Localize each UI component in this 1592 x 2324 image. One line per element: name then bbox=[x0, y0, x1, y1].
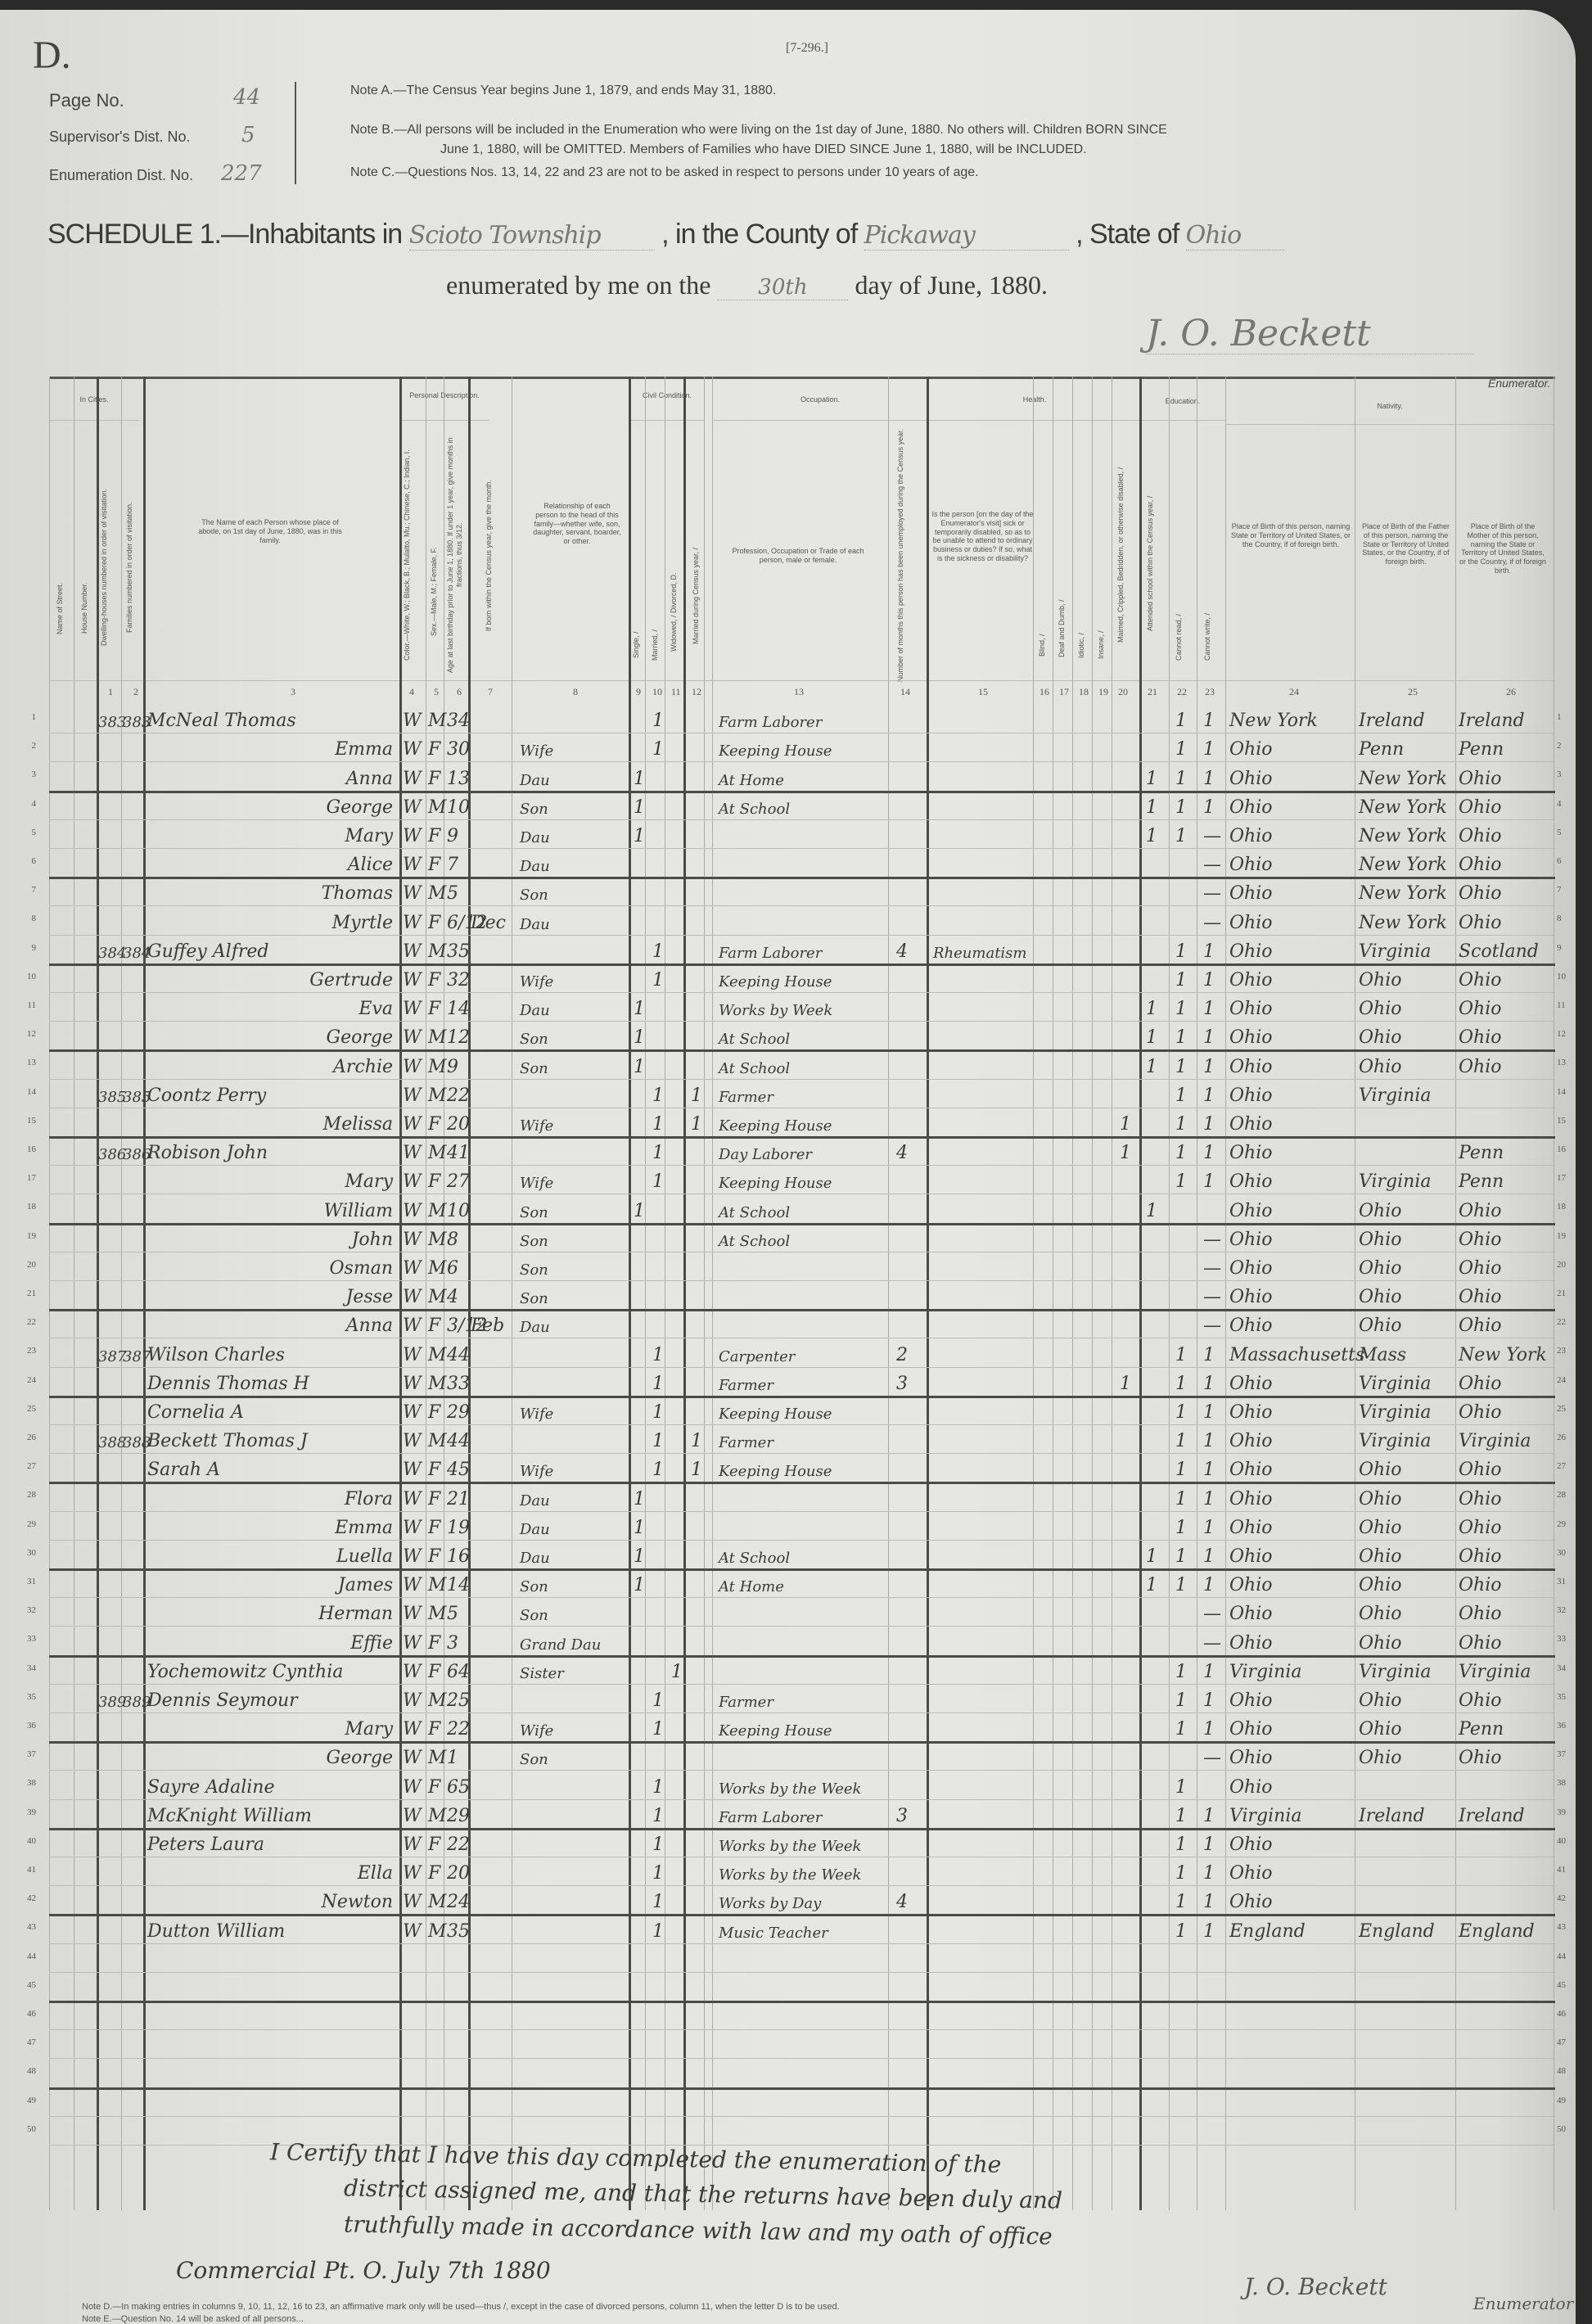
hdr-c19: Insane, / bbox=[1097, 608, 1106, 682]
birthplace: Massachusetts bbox=[1229, 1345, 1364, 1365]
age: 5 bbox=[447, 883, 458, 904]
table-row: 3636MaryWF22Wife1Keeping House11OhioOhio… bbox=[49, 1713, 1555, 1741]
married-mark: 1 bbox=[652, 1921, 664, 1942]
cannot-read-mark: 1 bbox=[1175, 1460, 1187, 1480]
cannot-read-mark: 1 bbox=[1175, 739, 1187, 760]
father-birthplace: Ohio bbox=[1359, 1719, 1402, 1740]
occupation: Farm Laborer bbox=[719, 945, 822, 962]
age: 35 bbox=[447, 1921, 470, 1942]
table-row: 3838Sayre AdalineWF651Works by the Week1… bbox=[49, 1770, 1555, 1798]
hdr-house: House Number. bbox=[80, 543, 89, 674]
father-birthplace: New York bbox=[1359, 797, 1447, 818]
relationship: Son bbox=[520, 1751, 548, 1768]
table-row: 11383383McNeal ThomasWM341Farm Laborer11… bbox=[49, 704, 1555, 733]
birthplace: Ohio bbox=[1229, 1690, 1273, 1711]
row-number: 11 bbox=[20, 1000, 36, 1010]
cannot-write-mark: 1 bbox=[1203, 1690, 1215, 1711]
person-name: Robison John bbox=[147, 1143, 393, 1163]
person-name: Wilson Charles bbox=[147, 1345, 393, 1365]
table-row: 4646 bbox=[49, 2001, 1555, 2029]
hdr-c13: Profession, Occupation or Trade of each … bbox=[720, 547, 876, 565]
cannot-write-mark: 1 bbox=[1203, 711, 1215, 731]
cannot-read-mark: 1 bbox=[1175, 1921, 1187, 1942]
page-no-value: 44 bbox=[233, 85, 260, 110]
row-number: 20 bbox=[20, 1260, 36, 1270]
row-number-right: 30 bbox=[1557, 1548, 1566, 1558]
single-mark: 1 bbox=[634, 1201, 645, 1221]
row-number-right: 22 bbox=[1557, 1317, 1566, 1327]
schedule-label: SCHEDULE 1.—Inhabitants in bbox=[47, 219, 402, 250]
cannot-write-mark: 1 bbox=[1203, 1431, 1215, 1451]
occupation: Farmer bbox=[719, 1089, 773, 1106]
row-number-right: 32 bbox=[1557, 1605, 1566, 1615]
person-name: Yochemowitz Cynthia bbox=[147, 1662, 393, 1682]
mother-birthplace: Ohio bbox=[1459, 1374, 1502, 1394]
birth-month: Feb bbox=[471, 1315, 504, 1336]
hdr-c2: Families numbered in order of visitation… bbox=[125, 453, 134, 682]
person-name: Cornelia A bbox=[147, 1402, 393, 1423]
married-mark: 1 bbox=[652, 1892, 664, 1912]
note-b: Note B.—All persons will be included in … bbox=[350, 123, 1167, 138]
age: 13 bbox=[447, 769, 470, 789]
table-row: 4747 bbox=[49, 2029, 1555, 2058]
person-name: Emma bbox=[147, 739, 393, 760]
father-birthplace: Ohio bbox=[1359, 1201, 1402, 1221]
cannot-read-mark: 1 bbox=[1175, 797, 1187, 818]
relationship: Dau bbox=[520, 772, 550, 789]
father-birthplace: Ohio bbox=[1359, 1633, 1402, 1654]
relationship: Wife bbox=[520, 1117, 553, 1135]
row-number: 6 bbox=[20, 856, 36, 866]
row-number-right: 6 bbox=[1557, 856, 1562, 866]
married-mark: 1 bbox=[652, 1863, 664, 1884]
group-personal: Personal Description. bbox=[399, 391, 489, 400]
married-mark: 1 bbox=[652, 1460, 664, 1480]
table-row: 77ThomasWM5Son—OhioNew YorkOhio bbox=[49, 877, 1555, 905]
occupation: At School bbox=[719, 1031, 790, 1048]
hdr-c17: Deaf and Dumb, / bbox=[1058, 575, 1067, 682]
married-mark: 1 bbox=[652, 1834, 664, 1855]
relationship: Dau bbox=[520, 1002, 550, 1019]
row-number-right: 16 bbox=[1557, 1144, 1566, 1154]
relationship: Dau bbox=[520, 1521, 550, 1538]
color-code: W bbox=[403, 1374, 422, 1394]
sex-code: M bbox=[428, 883, 447, 904]
person-name: Coontz Perry bbox=[147, 1085, 393, 1106]
group-nativity: Nativity. bbox=[1226, 402, 1554, 411]
sex-code: M bbox=[428, 1085, 447, 1106]
married-mark: 1 bbox=[652, 1143, 664, 1163]
married-mark: 1 bbox=[652, 1777, 664, 1798]
table-row: 3333EffieWF3Grand Dau—OhioOhioOhio bbox=[49, 1626, 1555, 1654]
age: 4 bbox=[447, 1287, 458, 1307]
cannot-read-mark: 1 bbox=[1175, 1489, 1187, 1509]
age: 22 bbox=[447, 1085, 470, 1106]
person-name: Anna bbox=[147, 1315, 393, 1336]
age: 22 bbox=[447, 1834, 470, 1855]
cannot-write-mark: 1 bbox=[1203, 739, 1215, 760]
mother-birthplace: Penn bbox=[1459, 1171, 1504, 1192]
birthplace: Ohio bbox=[1229, 1114, 1273, 1135]
table-row: 3939McKnight WilliamWM291Farm Laborer311… bbox=[49, 1799, 1555, 1828]
mother-birthplace: Ireland bbox=[1459, 711, 1525, 731]
father-birthplace: Virginia bbox=[1359, 1431, 1432, 1451]
mother-birthplace: Ohio bbox=[1459, 1518, 1502, 1538]
row-number: 29 bbox=[20, 1519, 36, 1529]
cannot-write-mark: — bbox=[1203, 855, 1221, 875]
age: 14 bbox=[447, 999, 470, 1019]
table-row: 3434Yochemowitz CynthiaWF64Sister111Virg… bbox=[49, 1655, 1555, 1684]
age: 14 bbox=[447, 1575, 470, 1595]
person-name: Peters Laura bbox=[147, 1834, 393, 1855]
color-code: W bbox=[403, 1575, 422, 1595]
cannot-write-mark: — bbox=[1203, 913, 1221, 933]
age: 5 bbox=[447, 1604, 458, 1624]
sex-code: F bbox=[428, 1633, 440, 1654]
row-number-right: 41 bbox=[1557, 1865, 1566, 1875]
hdr-c18: Idiotic, / bbox=[1077, 608, 1086, 682]
mother-birthplace: Virginia bbox=[1459, 1662, 1531, 1682]
hdr-c6: Age at last birthday prior to June 1, 18… bbox=[446, 428, 464, 682]
row-number-right: 44 bbox=[1557, 1952, 1566, 1961]
row-number-right: 12 bbox=[1557, 1029, 1566, 1039]
father-birthplace: Ohio bbox=[1359, 1460, 1402, 1480]
father-birthplace: New York bbox=[1359, 913, 1447, 933]
cannot-write-mark: 1 bbox=[1203, 1027, 1215, 1048]
relationship: Wife bbox=[520, 1722, 553, 1740]
birthplace: Ohio bbox=[1229, 769, 1273, 789]
person-name: Mary bbox=[147, 826, 393, 846]
occupation: Keeping House bbox=[719, 1463, 832, 1480]
mother-birthplace: Ohio bbox=[1459, 1057, 1502, 1077]
colnum-2: 2 bbox=[133, 686, 138, 698]
color-code: W bbox=[403, 1806, 422, 1826]
county-field: Pickaway bbox=[864, 221, 1069, 250]
cannot-read-mark: 1 bbox=[1175, 1345, 1187, 1365]
months-unemployed: 3 bbox=[896, 1806, 908, 1826]
group-civil: Civil Condition. bbox=[630, 391, 704, 400]
table-row: 99384384Guffey AlfredWM351Farm Laborer4R… bbox=[49, 935, 1555, 963]
sheet-letter: D. bbox=[33, 33, 71, 78]
row-number-right: 21 bbox=[1557, 1288, 1566, 1298]
row-number: 2 bbox=[20, 741, 36, 751]
birthplace: Ohio bbox=[1229, 1863, 1273, 1884]
mother-birthplace: Penn bbox=[1459, 1143, 1504, 1163]
table-row: 44GeorgeWM10Son1At School111OhioNew York… bbox=[49, 791, 1555, 819]
row-number-right: 5 bbox=[1557, 828, 1562, 837]
mother-birthplace: Scotland bbox=[1459, 941, 1539, 962]
married-mark: 1 bbox=[652, 1719, 664, 1740]
row-number: 41 bbox=[20, 1865, 36, 1875]
mother-birthplace: Ohio bbox=[1459, 913, 1502, 933]
months-unemployed: 4 bbox=[896, 1892, 908, 1912]
married-mark: 1 bbox=[652, 1690, 664, 1711]
cannot-read-mark: 1 bbox=[1175, 1518, 1187, 1538]
single-mark: 1 bbox=[634, 1518, 645, 1538]
birthplace: Ohio bbox=[1229, 1834, 1273, 1855]
birthplace: Ohio bbox=[1229, 1546, 1273, 1567]
person-name: Alice bbox=[147, 855, 393, 875]
occupation: Farmer bbox=[719, 1377, 773, 1394]
sex-code: F bbox=[428, 1402, 440, 1423]
single-mark: 1 bbox=[634, 1057, 645, 1077]
cannot-read-mark: 1 bbox=[1175, 1575, 1187, 1595]
color-code: W bbox=[403, 1027, 422, 1048]
relationship: Wife bbox=[520, 973, 553, 991]
sex-code: M bbox=[428, 1027, 447, 1048]
census-table: In Cities. Personal Description. Civil C… bbox=[49, 377, 1555, 2210]
table-row: 2222AnnaWF3/12FebDau—OhioOhioOhio bbox=[49, 1309, 1555, 1338]
row-number: 23 bbox=[20, 1346, 36, 1356]
birthplace: Ohio bbox=[1229, 1027, 1273, 1048]
table-row: 55MaryWF9Dau111—OhioNew YorkOhio bbox=[49, 819, 1555, 848]
sex-code: M bbox=[428, 1431, 447, 1451]
sickness: Rheumatism bbox=[933, 945, 1027, 962]
father-birthplace: Virginia bbox=[1359, 1662, 1432, 1682]
cannot-read-mark: 1 bbox=[1175, 1402, 1187, 1423]
color-code: W bbox=[403, 1633, 422, 1654]
colnum-18: 18 bbox=[1079, 686, 1089, 698]
person-name: Dennis Thomas H bbox=[147, 1374, 393, 1394]
color-code: W bbox=[403, 1460, 422, 1480]
age: 6 bbox=[447, 1258, 458, 1279]
person-name: Luella bbox=[147, 1546, 393, 1567]
row-number: 18 bbox=[20, 1202, 36, 1212]
mother-birthplace: Ohio bbox=[1459, 1315, 1502, 1336]
sex-code: F bbox=[428, 1863, 440, 1884]
birthplace: Ohio bbox=[1229, 1085, 1273, 1106]
color-code: W bbox=[403, 1085, 422, 1106]
birthplace: Ohio bbox=[1229, 1518, 1273, 1538]
father-birthplace: Ohio bbox=[1359, 1518, 1402, 1538]
color-code: W bbox=[403, 1230, 422, 1250]
row-number: 37 bbox=[20, 1749, 36, 1759]
birthplace: Ohio bbox=[1229, 797, 1273, 818]
row-number-right: 9 bbox=[1557, 943, 1562, 953]
colnum-5: 5 bbox=[434, 686, 439, 698]
table-row: 1313ArchieWM9Son1At School111OhioOhioOhi… bbox=[49, 1049, 1555, 1078]
enumeration-dist-value: 227 bbox=[221, 161, 262, 186]
page-no-label: Page No. bbox=[49, 90, 124, 111]
person-name: Thomas bbox=[147, 883, 393, 904]
row-number: 14 bbox=[20, 1087, 36, 1097]
single-mark: 1 bbox=[634, 826, 645, 846]
father-birthplace: Virginia bbox=[1359, 1374, 1432, 1394]
row-number: 10 bbox=[20, 972, 36, 981]
form-number: [7-296.] bbox=[786, 41, 828, 56]
sex-code: F bbox=[428, 999, 440, 1019]
color-code: W bbox=[403, 711, 422, 731]
color-code: W bbox=[403, 913, 422, 933]
certification-enumerator-label: Enumerator bbox=[1473, 2294, 1573, 2313]
hdr-c23: Cannot write, / bbox=[1203, 592, 1212, 682]
color-code: W bbox=[403, 1921, 422, 1942]
cannot-write-mark: — bbox=[1203, 1287, 1221, 1307]
row-number-right: 2 bbox=[1557, 741, 1562, 751]
occupation: Works by Day bbox=[719, 1895, 821, 1912]
row-number: 13 bbox=[20, 1058, 36, 1067]
supervisor-dist-value: 5 bbox=[241, 123, 255, 147]
cannot-write-mark: 1 bbox=[1203, 1921, 1215, 1942]
colnum-21: 21 bbox=[1148, 686, 1157, 698]
sex-code: M bbox=[428, 1230, 447, 1250]
hdr-c15: Is the person [on the day of the Enumera… bbox=[931, 510, 1034, 563]
months-unemployed: 2 bbox=[896, 1345, 908, 1365]
table-row: 4242NewtonWM241Works by Day411Ohio bbox=[49, 1885, 1555, 1914]
sex-code: F bbox=[428, 1315, 440, 1336]
colnum-3: 3 bbox=[291, 686, 295, 698]
father-birthplace: Penn bbox=[1359, 739, 1404, 760]
row-number: 3 bbox=[20, 769, 36, 779]
occupation: Keeping House bbox=[719, 1406, 832, 1423]
cannot-write-mark: — bbox=[1203, 1258, 1221, 1279]
colnum-13: 13 bbox=[794, 686, 804, 698]
attended-school-mark: 1 bbox=[1146, 1027, 1157, 1048]
mother-birthplace: England bbox=[1459, 1921, 1535, 1942]
color-code: W bbox=[403, 883, 422, 904]
table-row: 1616386386Robison JohnWM411Day Laborer41… bbox=[49, 1136, 1555, 1165]
occupation: At School bbox=[719, 1204, 790, 1221]
age: 27 bbox=[447, 1171, 470, 1192]
table-row: 1515MelissaWF20Wife11Keeping House111Ohi… bbox=[49, 1108, 1555, 1136]
age: 16 bbox=[447, 1546, 470, 1567]
hdr-c4: Color.—White, W.; Black, B.; Mulatto, Mu… bbox=[403, 428, 412, 682]
row-number: 46 bbox=[20, 2009, 36, 2019]
color-code: W bbox=[403, 1315, 422, 1336]
enumeration-dist-label: Enumeration Dist. No. bbox=[49, 167, 193, 184]
father-birthplace: Ohio bbox=[1359, 1258, 1402, 1279]
table-row: 4848 bbox=[49, 2058, 1555, 2087]
row-number: 31 bbox=[20, 1577, 36, 1586]
row-number: 16 bbox=[20, 1144, 36, 1154]
married-mark: 1 bbox=[652, 1345, 664, 1365]
sex-code: M bbox=[428, 797, 447, 818]
single-mark: 1 bbox=[634, 769, 645, 789]
birthplace: Ohio bbox=[1229, 1748, 1273, 1768]
mother-birthplace: Ohio bbox=[1459, 1633, 1502, 1654]
table-row: 4545 bbox=[49, 1972, 1555, 2001]
cannot-read-mark: 1 bbox=[1175, 1027, 1187, 1048]
father-birthplace: Ireland bbox=[1359, 1806, 1425, 1826]
mother-birthplace: Penn bbox=[1459, 739, 1504, 760]
row-number: 44 bbox=[20, 1952, 36, 1961]
colnum-10: 10 bbox=[652, 686, 662, 698]
table-row: 66AliceWF7Dau—OhioNew YorkOhio bbox=[49, 848, 1555, 877]
person-name: George bbox=[147, 797, 393, 818]
color-code: W bbox=[403, 970, 422, 991]
color-code: W bbox=[403, 797, 422, 818]
birthplace: Ohio bbox=[1229, 826, 1273, 846]
person-name: George bbox=[147, 1027, 393, 1048]
cannot-read-mark: 1 bbox=[1175, 1546, 1187, 1567]
birthplace: Ohio bbox=[1229, 1201, 1273, 1221]
row-number-right: 37 bbox=[1557, 1749, 1566, 1759]
birthplace: Ohio bbox=[1229, 1171, 1273, 1192]
married-mark: 1 bbox=[652, 1806, 664, 1826]
cannot-read-mark: 1 bbox=[1175, 1085, 1187, 1106]
supervisor-dist-label: Supervisor's Dist. No. bbox=[49, 129, 191, 146]
attended-school-mark: 1 bbox=[1146, 999, 1157, 1019]
sex-code: M bbox=[428, 1258, 447, 1279]
hdr-c9: Single, / bbox=[632, 608, 641, 682]
person-name: Osman bbox=[147, 1258, 393, 1279]
row-number-right: 18 bbox=[1557, 1202, 1566, 1212]
person-name: Mary bbox=[147, 1719, 393, 1740]
occupation: Farm Laborer bbox=[719, 714, 822, 731]
table-row: 2020OsmanWM6Son—OhioOhioOhio bbox=[49, 1252, 1555, 1280]
age: 1 bbox=[447, 1748, 458, 1768]
single-mark: 1 bbox=[634, 999, 645, 1019]
state-label: , State of bbox=[1076, 219, 1179, 250]
married-mark: 1 bbox=[652, 1085, 664, 1106]
row-number-right: 1 bbox=[1557, 712, 1562, 722]
cannot-read-mark: 1 bbox=[1175, 970, 1187, 991]
mother-birthplace: Ohio bbox=[1459, 1489, 1502, 1509]
father-birthplace: England bbox=[1359, 1921, 1435, 1942]
attended-school-mark: 1 bbox=[1146, 769, 1157, 789]
birthplace: Ohio bbox=[1229, 1258, 1273, 1279]
occupation: At Home bbox=[719, 1578, 784, 1595]
hdr-c1: Dwelling-houses numbered in order of vis… bbox=[100, 453, 109, 682]
sex-code: F bbox=[428, 769, 440, 789]
father-birthplace: Virginia bbox=[1359, 941, 1432, 962]
age: 19 bbox=[447, 1518, 470, 1538]
person-name: Myrtle bbox=[147, 913, 393, 933]
cannot-write-mark: 1 bbox=[1203, 1575, 1215, 1595]
cannot-write-mark: 1 bbox=[1203, 1892, 1215, 1912]
row-number-right: 45 bbox=[1557, 1980, 1566, 1990]
occupation: Farmer bbox=[719, 1694, 773, 1711]
father-birthplace: Ohio bbox=[1359, 1575, 1402, 1595]
hdr-c14: Number of months this person has been un… bbox=[896, 428, 905, 682]
row-number: 24 bbox=[20, 1375, 36, 1385]
relationship: Son bbox=[520, 1031, 548, 1048]
person-name: McKnight William bbox=[147, 1806, 393, 1826]
row-number: 33 bbox=[20, 1634, 36, 1644]
sex-code: F bbox=[428, 855, 440, 875]
row-number-right: 3 bbox=[1557, 769, 1562, 779]
months-unemployed: 4 bbox=[896, 1143, 908, 1163]
hdr-c8: Relationship of each person to the head … bbox=[532, 502, 622, 546]
married-mark: 1 bbox=[652, 1114, 664, 1135]
occupation: Music Teacher bbox=[719, 1925, 828, 1942]
age: 3 bbox=[447, 1633, 458, 1654]
birthplace: Ohio bbox=[1229, 1460, 1273, 1480]
father-birthplace: Ohio bbox=[1359, 1057, 1402, 1077]
relationship: Son bbox=[520, 887, 548, 904]
note-c: Note C.—Questions Nos. 13, 14, 22 and 23… bbox=[350, 165, 979, 180]
mother-birthplace: Ohio bbox=[1459, 1230, 1502, 1250]
color-code: W bbox=[403, 1748, 422, 1768]
row-number-right: 39 bbox=[1557, 1807, 1566, 1817]
color-code: W bbox=[403, 1662, 422, 1682]
row-number-right: 13 bbox=[1557, 1058, 1566, 1067]
person-name: John bbox=[147, 1230, 393, 1250]
row-number-right: 15 bbox=[1557, 1116, 1566, 1126]
relationship: Dau bbox=[520, 916, 550, 933]
row-number-right: 19 bbox=[1557, 1231, 1566, 1241]
father-birthplace: Ohio bbox=[1359, 970, 1402, 991]
table-row: 33AnnaWF13Dau1At Home111OhioNew YorkOhio bbox=[49, 761, 1555, 790]
row-number: 50 bbox=[20, 2124, 36, 2134]
birthplace: New York bbox=[1229, 711, 1318, 731]
row-number-right: 50 bbox=[1557, 2124, 1566, 2134]
row-number-right: 27 bbox=[1557, 1461, 1566, 1471]
married-mark: 1 bbox=[652, 739, 664, 760]
color-code: W bbox=[403, 1287, 422, 1307]
colnum-20: 20 bbox=[1118, 686, 1128, 698]
cannot-write-mark: — bbox=[1203, 1604, 1221, 1624]
